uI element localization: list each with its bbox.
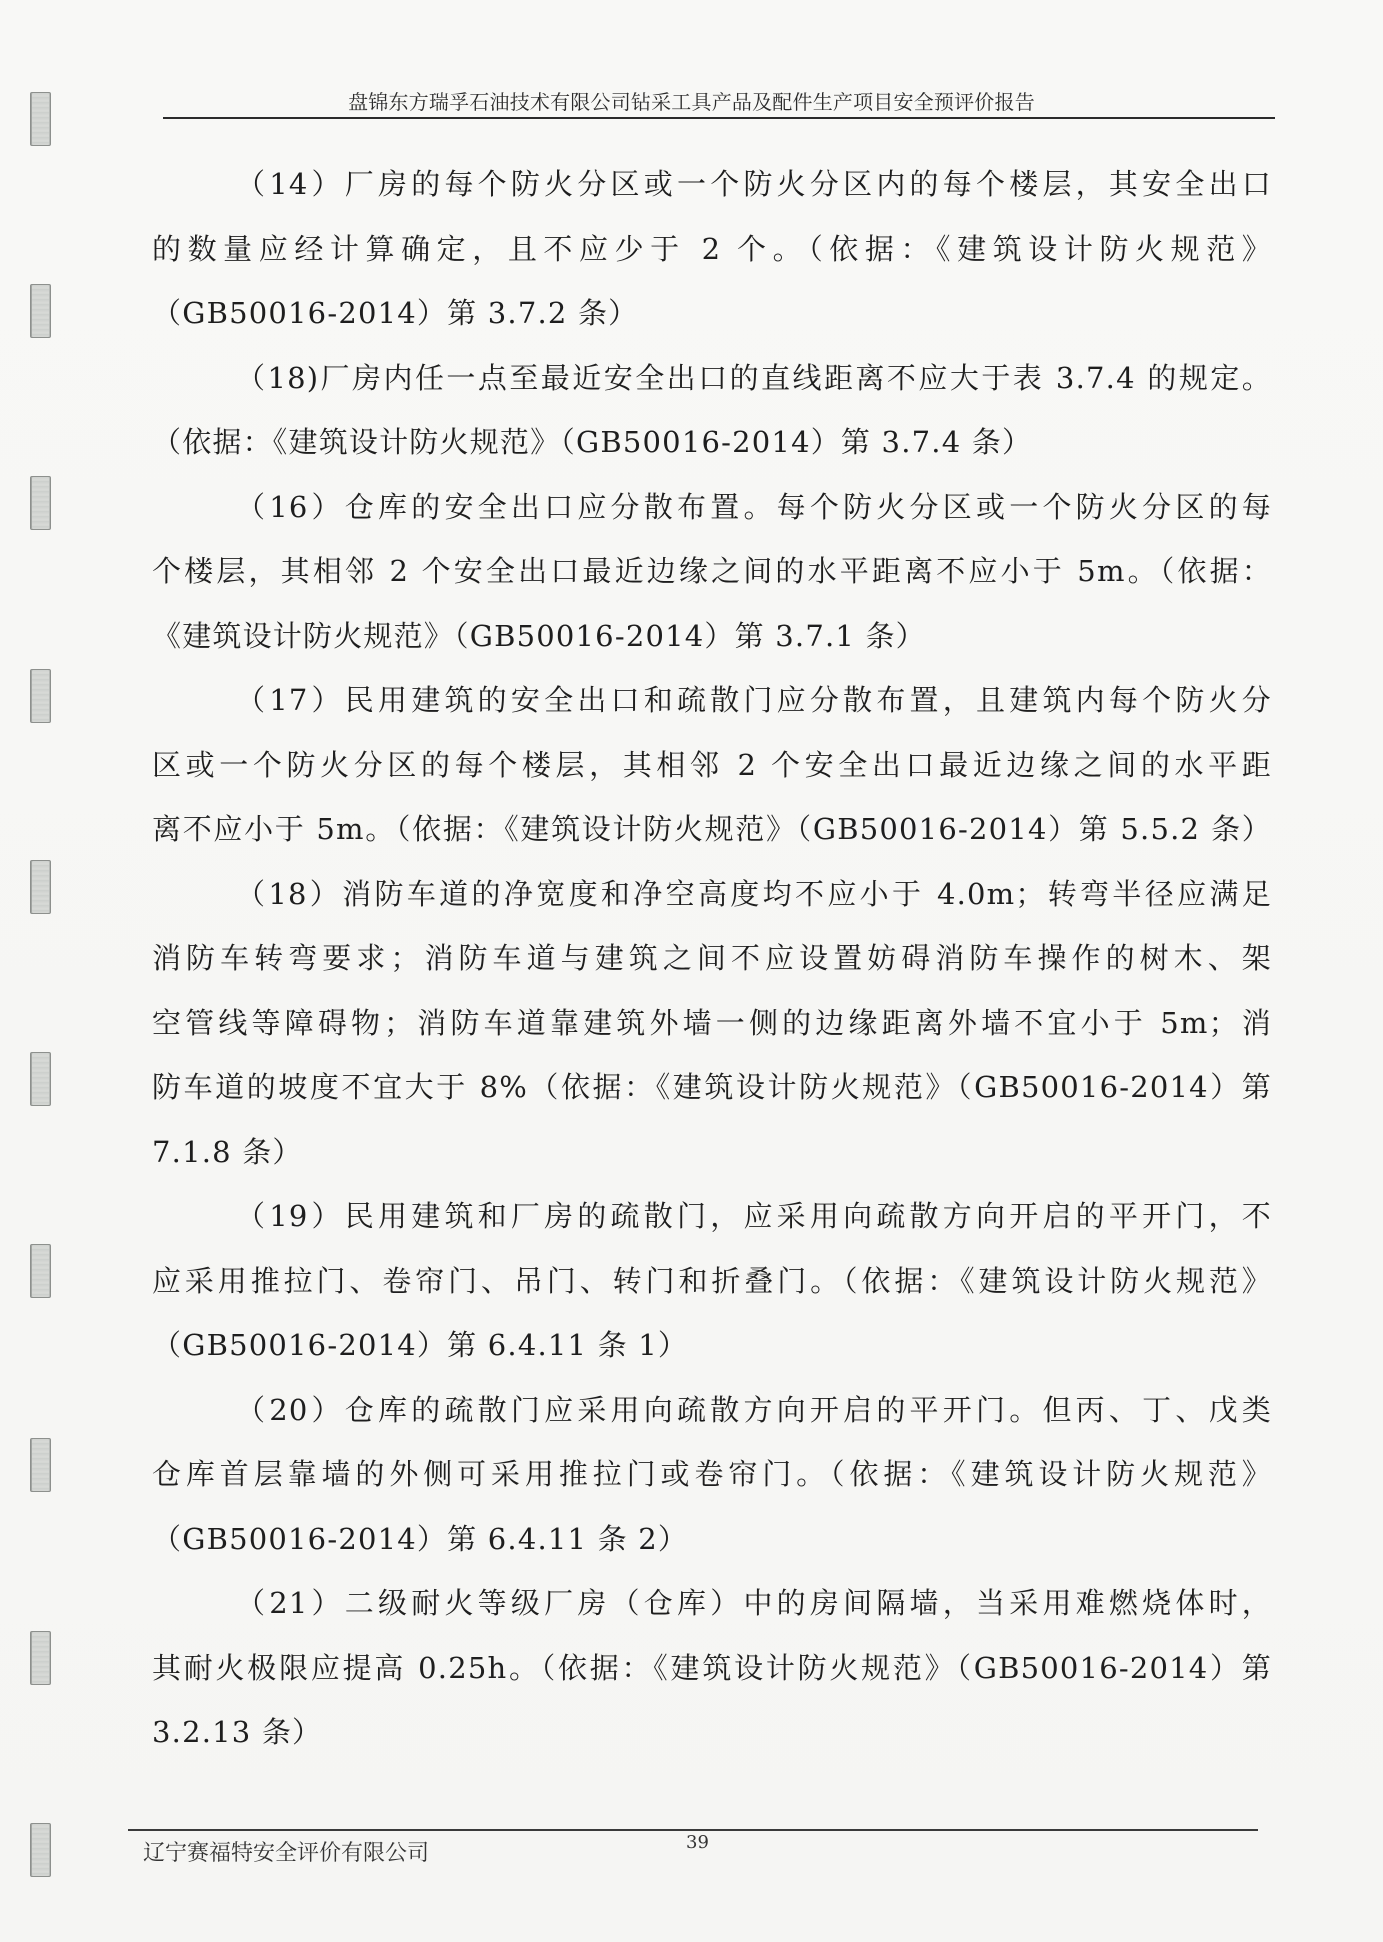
text-line: 7.1.8 条） — [152, 1120, 1272, 1185]
binding-hole-mark — [30, 860, 51, 914]
text-line: （GB50016-2014）第 6.4.11 条 1） — [152, 1313, 1272, 1378]
binding-hole-mark — [30, 1631, 51, 1685]
text-line: （17）民用建筑的安全出口和疏散门应分散布置，且建筑内每个防火分 — [152, 668, 1272, 733]
text-line: 3.2.13 条） — [152, 1700, 1272, 1765]
text-line: （18）消防车道的净宽度和净空高度均不应小于 4.0m；转弯半径应满足 — [152, 862, 1272, 927]
text-line: 消防车转弯要求；消防车道与建筑之间不应设置妨碍消防车操作的树木、架 — [152, 926, 1272, 991]
text-line: （18)厂房内任一点至最近安全出口的直线距离不应大于表 3.7.4 的规定。 — [152, 346, 1272, 411]
binding-hole-mark — [30, 284, 51, 338]
binding-hole-mark — [30, 669, 51, 723]
body-text: （14）厂房的每个防火分区或一个防火分区内的每个楼层，其安全出口 的数量应经计算… — [152, 152, 1272, 1765]
footer-divider — [128, 1829, 1258, 1831]
text-line: 个楼层，其相邻 2 个安全出口最近边缘之间的水平距离不应小于 5m。（依据： — [152, 539, 1272, 604]
text-line: （20）仓库的疏散门应采用向疏散方向开启的平开门。但丙、丁、戊类 — [152, 1378, 1272, 1443]
text-line: 区或一个防火分区的每个楼层，其相邻 2 个安全出口最近边缘之间的水平距 — [152, 733, 1272, 798]
binding-hole-mark — [30, 476, 51, 530]
binding-hole-mark — [30, 1438, 51, 1492]
text-line: （21）二级耐火等级厂房（仓库）中的房间隔墙，当采用难燃烧体时， — [152, 1571, 1272, 1636]
text-line: 应采用推拉门、卷帘门、吊门、转门和折叠门。（依据：《建筑设计防火规范》 — [152, 1249, 1272, 1314]
text-line: 离不应小于 5m。（依据：《建筑设计防火规范》（GB50016-2014）第 5… — [152, 797, 1272, 862]
header-divider — [163, 117, 1275, 119]
text-line: （16）仓库的安全出口应分散布置。每个防火分区或一个防火分区的每 — [152, 475, 1272, 540]
text-line: 空管线等障碍物；消防车道靠建筑外墙一侧的边缘距离外墙不宜小于 5m；消 — [152, 991, 1272, 1056]
binding-hole-mark — [30, 1244, 51, 1298]
text-line: 仓库首层靠墙的外侧可采用推拉门或卷帘门。（依据：《建筑设计防火规范》 — [152, 1442, 1272, 1507]
binding-hole-mark — [30, 1052, 51, 1106]
text-line: （14）厂房的每个防火分区或一个防火分区内的每个楼层，其安全出口 — [152, 152, 1272, 217]
binding-hole-mark — [30, 1823, 51, 1877]
page-number: 39 — [686, 1832, 709, 1853]
text-line: （GB50016-2014）第 6.4.11 条 2） — [152, 1507, 1272, 1572]
text-line: （19）民用建筑和厂房的疏散门，应采用向疏散方向开启的平开门，不 — [152, 1184, 1272, 1249]
text-line: （GB50016-2014）第 3.7.2 条） — [152, 281, 1272, 346]
text-line: 的数量应经计算确定，且不应少于 2 个。（依据：《建筑设计防火规范》 — [152, 217, 1272, 282]
text-line: 其耐火极限应提高 0.25h。（依据：《建筑设计防火规范》（GB50016-20… — [152, 1636, 1272, 1701]
text-line: 防车道的坡度不宜大于 8%（依据：《建筑设计防火规范》（GB50016-2014… — [152, 1055, 1272, 1120]
text-line: （依据：《建筑设计防火规范》（GB50016-2014）第 3.7.4 条） — [152, 410, 1272, 475]
text-line: 《建筑设计防火规范》（GB50016-2014）第 3.7.1 条） — [152, 604, 1272, 669]
document-page: 盘锦东方瑞孚石油技术有限公司钻采工具产品及配件生产项目安全预评价报告 （14）厂… — [0, 0, 1383, 1942]
running-header-title: 盘锦东方瑞孚石油技术有限公司钻采工具产品及配件生产项目安全预评价报告 — [0, 86, 1383, 115]
footer-company-name: 辽宁赛福特安全评价有限公司 — [143, 1836, 429, 1867]
